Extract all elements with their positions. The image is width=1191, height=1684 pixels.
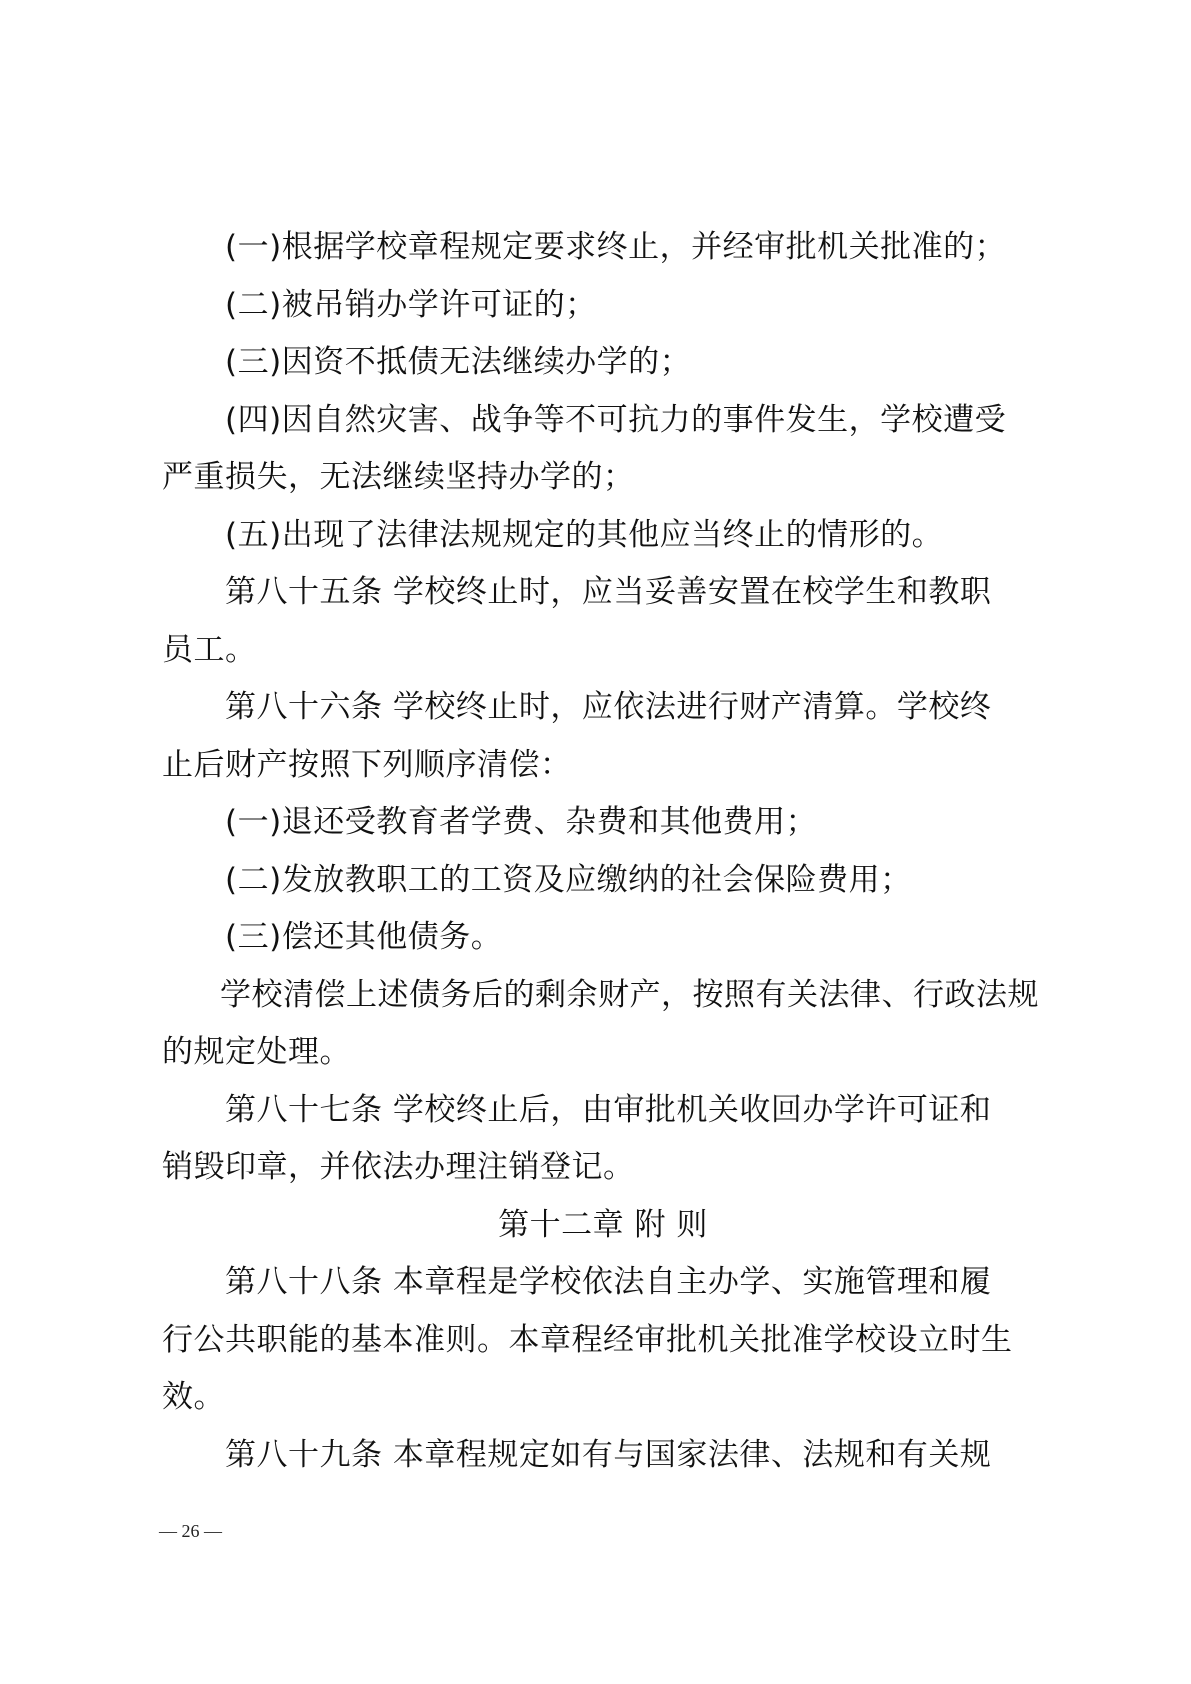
article-85-cont: 员工。: [162, 625, 1044, 683]
article-86-item-3: (三)偿还其他债务。: [162, 912, 1044, 970]
document-body: (一)根据学校章程规定要求终止，并经审批机关批准的； (二)被吊销办学许可证的；…: [162, 222, 1044, 1487]
article-88-cont: 行公共职能的基本准则。本章程经审批机关批准学校设立时生: [162, 1315, 1044, 1373]
document-page: (一)根据学校章程规定要求终止，并经审批机关批准的； (二)被吊销办学许可证的；…: [0, 0, 1191, 1684]
clause-item-4: (四)因自然灾害、战争等不可抗力的事件发生，学校遭受: [162, 395, 1044, 453]
article-88: 第八十八条 本章程是学校依法自主办学、实施管理和履: [162, 1257, 1044, 1315]
clause-item-3: (三)因资不抵债无法继续办学的；: [162, 337, 1044, 395]
clause-item-1: (一)根据学校章程规定要求终止，并经审批机关批准的；: [162, 222, 1044, 280]
article-86-remainder-cont: 的规定处理。: [162, 1027, 1044, 1085]
clause-item-2: (二)被吊销办学许可证的；: [162, 280, 1044, 338]
page-number: — 26 —: [159, 1521, 222, 1542]
article-88-cont-2: 效。: [162, 1372, 1044, 1430]
chapter-heading: 第十二章 附 则: [162, 1200, 1044, 1258]
article-89: 第八十九条 本章程规定如有与国家法律、法规和有关规: [162, 1430, 1044, 1488]
clause-item-4-cont: 严重损失，无法继续坚持办学的；: [162, 452, 1044, 510]
article-87: 第八十七条 学校终止后，由审批机关收回办学许可证和: [162, 1085, 1044, 1143]
article-86-item-2: (二)发放教职工的工资及应缴纳的社会保险费用；: [162, 855, 1044, 913]
article-85: 第八十五条 学校终止时，应当妥善安置在校学生和教职: [162, 567, 1044, 625]
clause-item-5: (五)出现了法律法规规定的其他应当终止的情形的。: [162, 510, 1044, 568]
article-86: 第八十六条 学校终止时，应依法进行财产清算。学校终: [162, 682, 1044, 740]
article-87-cont: 销毁印章，并依法办理注销登记。: [162, 1142, 1044, 1200]
article-86-remainder: 学校清偿上述债务后的剩余财产，按照有关法律、行政法规: [162, 970, 1044, 1028]
article-86-item-1: (一)退还受教育者学费、杂费和其他费用；: [162, 797, 1044, 855]
article-86-cont: 止后财产按照下列顺序清偿：: [162, 740, 1044, 798]
